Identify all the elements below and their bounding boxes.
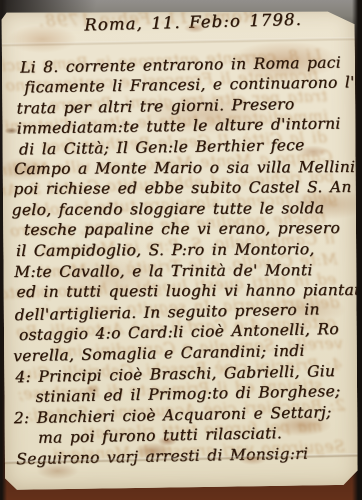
letter-paper: Roma, 11. Feb:o 1798. Li 8. corrente ent…	[0, 7, 360, 491]
letter-line: Campo a Monte Mario o sia villa Mellini	[14, 157, 350, 180]
letter-line: M:te Cavallo, e la Trinità de' Monti	[14, 259, 351, 282]
letter-body: Li 8. corrente entrarono in Roma paci fi…	[10, 53, 353, 468]
letter-line: di la Città; Il Gen:le Berthier fece	[19, 134, 350, 160]
letter-photograph: Roma, 11. Feb:o 1798. Li 8. corrente ent…	[0, 0, 362, 500]
letter-ink: Roma, 11. Feb:o 1798. Li 8. corrente ent…	[0, 7, 360, 491]
letter-line: poi richiese ed ebbe subito Castel S. An	[13, 177, 350, 200]
letter-line: tesche papaline che vi erano, presero	[24, 218, 351, 241]
letter-dateline: Roma, 11. Feb:o 1798.	[9, 9, 348, 38]
letter-line: il Campidoglio, S. P:ro in Montorio,	[16, 239, 351, 262]
letter-line: gelo, facendo sloggiare tutte le solda	[12, 198, 351, 221]
